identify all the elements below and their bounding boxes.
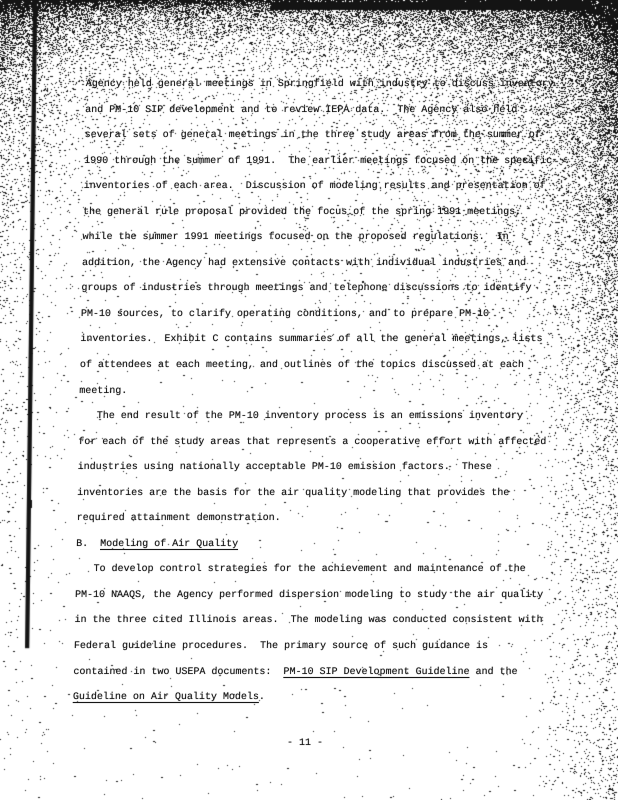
document-body: Agency held general meetings in Springfi… [73,72,576,711]
text-line: inventories of each area. Discussion of … [83,174,574,200]
text-line: 1990 through the summer of 1991. The ear… [84,149,575,175]
text-line: while the summer 1991 meetings focused o… [82,225,573,251]
text-line: addition, the Agency had extensive conta… [82,251,573,277]
text-line: To develop control strategies for the ac… [75,557,566,583]
text-line: meeting. [79,379,570,405]
text-line: The end result of the PM-10 inventory pr… [79,404,570,430]
text-line: and PM-10 SIP development and to review … [85,98,576,124]
text-line: Federal guideline procedures. The primar… [74,634,565,660]
text-line: Guideline on Air Quality Models. [73,685,564,711]
section-heading: B. Modeling of Air Quality [76,532,567,558]
text-line: contained in two USEPA documents: PM-10 … [73,660,564,686]
scanned-page: Agency held general meetings in Springfi… [0,0,618,800]
text-line: inventories. Exhibit C contains summarie… [80,327,571,353]
text-line: in the three cited Illinois areas. The m… [74,608,565,634]
page-number: - 11 - [287,738,323,749]
text-line: the general rule proposal provided the f… [83,200,574,226]
text-line: of attendees at each meeting, and outlin… [80,353,571,379]
text-line: Agency held general meetings in Springfi… [85,72,576,98]
text-line: required attainment demonstration. [76,506,567,532]
text-line: industries using nationally acceptable P… [77,455,568,481]
text-line: groups of industries through meetings an… [81,276,572,302]
text-line: for each of the study areas that represe… [78,430,569,456]
text-line: PM-10 sources, to clarify operating cond… [81,302,572,328]
text-line: PM-10 NAAQS, the Agency performed disper… [75,583,566,609]
text-line: inventories are the basis for the air qu… [77,481,568,507]
text-line: several sets of general meetings in the … [84,123,575,149]
